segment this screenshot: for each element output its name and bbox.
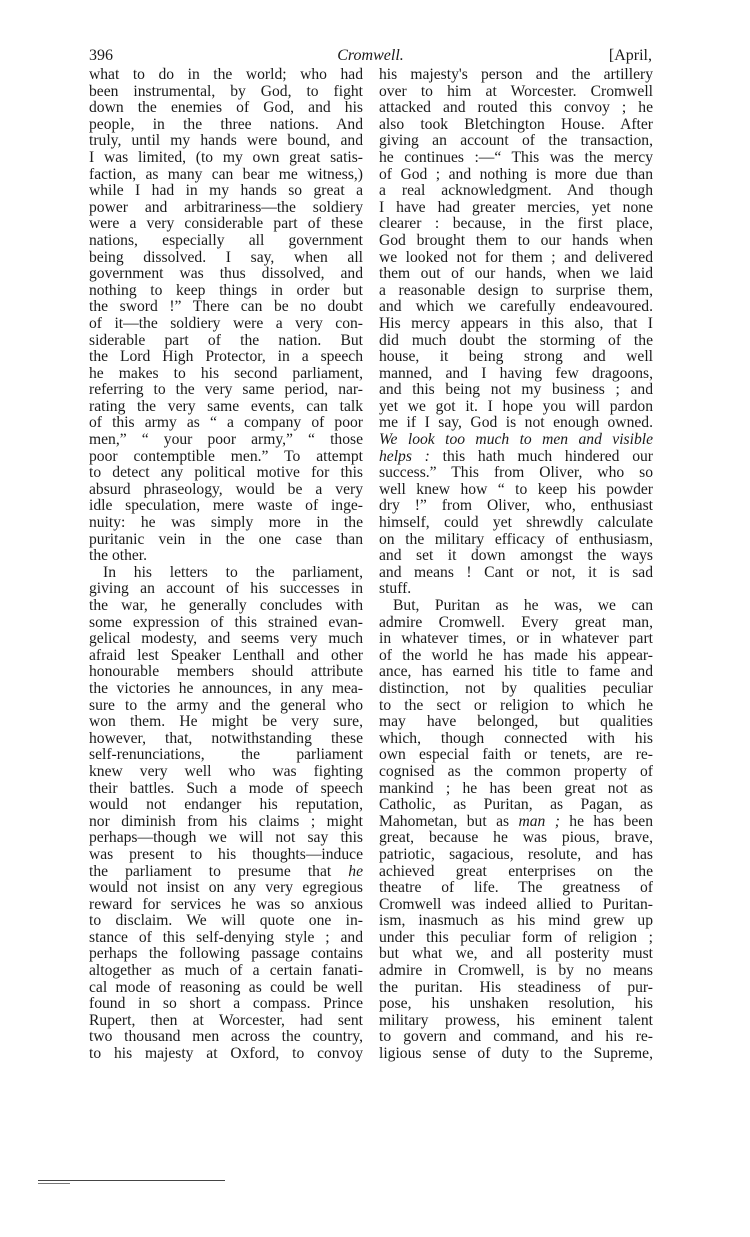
- text-line: admire Cromwell. Every great man,: [379, 615, 653, 632]
- text-line: we looked not for them ; and delivered: [379, 250, 653, 267]
- text-line: was present to his thoughts—induce: [89, 847, 363, 864]
- text-line: cognised as the common property of: [379, 764, 653, 781]
- text-line: would not endanger his reputation,: [89, 797, 363, 814]
- text-line: the sword !” There can be no doubt: [89, 299, 363, 316]
- text-line: house, it being strong and well: [379, 349, 653, 366]
- text-line: great, because he was pious, brave,: [379, 830, 653, 847]
- italic-text-line: We look too much to men and visible: [379, 432, 653, 449]
- text-line: in whatever times, or in whatever part: [379, 631, 653, 648]
- text-segment: he has been: [560, 813, 653, 830]
- text-line: nor diminish from his claims ; might: [89, 814, 363, 831]
- text-line: and which we carefully endeavoured.: [379, 299, 653, 316]
- text-segment: Mahometan, but as: [379, 813, 518, 830]
- paragraph-end-line: stuff.: [379, 581, 653, 598]
- text-line: to his majesty at Oxford, to convoy: [89, 1046, 363, 1063]
- footnote-rule-short: [38, 1183, 70, 1184]
- text-line: distinction, not by qualities peculiar: [379, 681, 653, 698]
- text-line: which, though connected with his: [379, 731, 653, 748]
- text-line: truly, until my hands were bound, and: [89, 133, 363, 150]
- text-line: attacked and routed this convoy ; he: [379, 100, 653, 117]
- text-line: sure to the army and the general who: [89, 698, 363, 715]
- text-line: a reasonable design to surprise them,: [379, 283, 653, 300]
- text-line: ism, inasmuch as his mind grew up: [379, 913, 653, 930]
- text-line: under this peculiar form of religion ;: [379, 930, 653, 947]
- text-line: mankind ; he has been great not as: [379, 781, 653, 798]
- text-line: two thousand men across the country,: [89, 1029, 363, 1046]
- italic-emphasis: he: [348, 863, 363, 880]
- italic-emphasis: helps :: [379, 448, 430, 465]
- text-line: I was limited, (to my own great satis-: [89, 150, 363, 167]
- text-line: he continues :—“ This was the mercy: [379, 150, 653, 167]
- text-line: to the sect or religion to which he: [379, 698, 653, 715]
- text-line: yet we got it. I hope you will pardon: [379, 399, 653, 416]
- text-line: achieved great enterprises on the: [379, 864, 653, 881]
- text-line: well knew how “ to keep his powder: [379, 482, 653, 499]
- text-line: Rupert, then at Worcester, had sent: [89, 1013, 363, 1030]
- text-line: power and arbitrariness—the soldiery: [89, 200, 363, 217]
- text-line: Catholic, as Puritan, as Pagan, as: [379, 797, 653, 814]
- text-line: me if I say, God is not enough owned.: [379, 415, 653, 432]
- text-line: perhaps the following passage contains: [89, 946, 363, 963]
- text-line: ligious sense of duty to the Supreme,: [379, 1046, 653, 1063]
- text-line: however, that, notwithstanding these: [89, 731, 363, 748]
- text-line: success.” This from Oliver, who so: [379, 465, 653, 482]
- text-line: rating the very same events, can talk: [89, 399, 363, 416]
- text-line: the puritan. His steadiness of pur-: [379, 980, 653, 997]
- text-line: I have had greater mercies, yet none: [379, 200, 653, 217]
- text-line: cal mode of reasoning as could be well: [89, 980, 363, 997]
- running-header: 396 Cromwell. [April,: [89, 46, 652, 66]
- text-line: poor contemptible men.” To attempt: [89, 449, 363, 466]
- text-line: military prowess, his eminent talent: [379, 1013, 653, 1030]
- text-segment: the parliament to presume that: [89, 863, 348, 880]
- text-line: gelical modesty, and seems very much: [89, 631, 363, 648]
- text-line: siderable part of the nation. But: [89, 333, 363, 350]
- text-line: the war, he generally concludes with: [89, 598, 363, 615]
- text-line: honourable members should attribute: [89, 664, 363, 681]
- text-line: government was thus dissolved, and: [89, 266, 363, 283]
- text-line: of it—the soldiery were a very con-: [89, 316, 363, 333]
- text-line: some expression of this strained evan-: [89, 615, 363, 632]
- text-line: patriotic, sagacious, resolute, and has: [379, 847, 653, 864]
- right-column: his majesty's person and the artillery o…: [379, 67, 653, 1063]
- paragraph-start-line: In his letters to the parliament,: [89, 565, 363, 582]
- text-line: God brought them to our hands when: [379, 233, 653, 250]
- text-line: but what we, and all posterity must: [379, 946, 653, 963]
- text-line: faction, as many can bear me witness,): [89, 167, 363, 184]
- text-line: did much doubt the storming of the: [379, 333, 653, 350]
- text-line: found in so short a compass. Prince: [89, 996, 363, 1013]
- text-line: referring to the very same period, nar-: [89, 382, 363, 399]
- text-line: his majesty's person and the artillery: [379, 67, 653, 84]
- text-line: knew very well who was fighting: [89, 764, 363, 781]
- text-line: to govern and command, and his re-: [379, 1029, 653, 1046]
- text-line: stance of this self-denying style ; and: [89, 930, 363, 947]
- text-line: Cromwell was indeed allied to Puritan-: [379, 897, 653, 914]
- text-line: afraid lest Speaker Lenthall and other: [89, 648, 363, 665]
- text-line: manned, and I having few dragoons,: [379, 366, 653, 383]
- text-line: men,” “ your poor army,” “ those: [89, 432, 363, 449]
- text-line: were a very considerable part of these: [89, 216, 363, 233]
- text-line: while I had in my hands so great a: [89, 183, 363, 200]
- paragraph-end-line: the other.: [89, 548, 363, 565]
- text-line: the victories he announces, in any mea-: [89, 681, 363, 698]
- text-line: and this being not my business ; and: [379, 382, 653, 399]
- text-line: to disclaim. We will quote one in-: [89, 913, 363, 930]
- text-line: the Lord High Protector, in a speech: [89, 349, 363, 366]
- text-line: theatre of life. The greatness of: [379, 880, 653, 897]
- text-line: giving an account of the transaction,: [379, 133, 653, 150]
- text-line: them out of our hands, when we laid: [379, 266, 653, 283]
- italic-emphasis: man ;: [518, 813, 559, 830]
- text-line: what to do in the world; who had: [89, 67, 363, 84]
- text-line: of this army as “ a company of poor: [89, 415, 363, 432]
- text-line-with-italic: Mahometan, but as man ; he has been: [379, 814, 653, 831]
- text-line: dry !” from Oliver, who, enthusiast: [379, 498, 653, 515]
- text-line: reward for services he was so anxious: [89, 897, 363, 914]
- text-line: ance, has earned his title to fame and: [379, 664, 653, 681]
- text-line: and means ! Cant or not, it is sad: [379, 565, 653, 582]
- text-segment: this hath much hindered our: [430, 448, 653, 465]
- left-column: what to do in the world; who had been in…: [89, 67, 363, 1063]
- text-line: and set it down amongst the ways: [379, 548, 653, 565]
- text-line: admire in Cromwell, is by no means: [379, 963, 653, 980]
- text-line: won them. He might be very sure,: [89, 714, 363, 731]
- text-line: been instrumental, by God, to fight: [89, 84, 363, 101]
- text-line: a real acknowledgment. And though: [379, 183, 653, 200]
- running-title: Cromwell.: [89, 46, 652, 66]
- text-line: own especial faith or tenets, are re-: [379, 747, 653, 764]
- text-line: absurd phraseology, would be a very: [89, 482, 363, 499]
- text-line: himself, could yet shrewdly calculate: [379, 515, 653, 532]
- text-line: to detect any political motive for this: [89, 465, 363, 482]
- text-line: of God ; and nothing is more due than: [379, 167, 653, 184]
- text-line: self-renunciations, the parliament: [89, 747, 363, 764]
- text-line: nations, especially all government: [89, 233, 363, 250]
- text-line: nothing to keep things in order but: [89, 283, 363, 300]
- text-line: over to him at Worcester. Cromwell: [379, 84, 653, 101]
- text-line: their battles. Such a mode of speech: [89, 781, 363, 798]
- text-line-with-italic: the parliament to presume that he: [89, 864, 363, 881]
- text-line: people, in the three nations. And: [89, 117, 363, 134]
- text-line: may have belonged, but qualities: [379, 714, 653, 731]
- text-line: he makes to his second parliament,: [89, 366, 363, 383]
- text-line: giving an account of his successes in: [89, 581, 363, 598]
- text-line: on the military efficacy of enthusiasm,: [379, 532, 653, 549]
- text-line: would not insist on any very egregious: [89, 880, 363, 897]
- text-line: His mercy appears in this also, that I: [379, 316, 653, 333]
- text-line: being dissolved. I say, when all: [89, 250, 363, 267]
- paragraph-start-line: But, Puritan as he was, we can: [379, 598, 653, 615]
- text-line: down the enemies of God, and his: [89, 100, 363, 117]
- text-line-with-italic: helps : this hath much hindered our: [379, 449, 653, 466]
- text-line: nuity: he was simply more in the: [89, 515, 363, 532]
- text-line: puritanic vein in the one case than: [89, 532, 363, 549]
- text-line: of the world he has made his appear-: [379, 648, 653, 665]
- text-line: idle speculation, mere waste of inge-: [89, 498, 363, 515]
- text-line: altogether as much of a certain fanati-: [89, 963, 363, 980]
- text-line: also took Bletchington House. After: [379, 117, 653, 134]
- text-line: pose, his unshaken resolution, his: [379, 996, 653, 1013]
- text-line: clearer : because, in the first place,: [379, 216, 653, 233]
- running-date: [April,: [609, 46, 652, 66]
- footnote-rule: [38, 1180, 225, 1181]
- text-line: perhaps—though we will not say this: [89, 830, 363, 847]
